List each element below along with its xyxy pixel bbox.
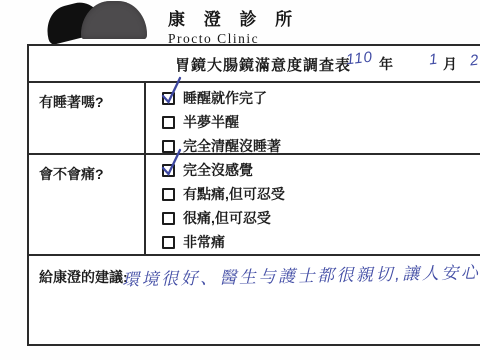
option-label: 有點痛,但可忍受 [183,184,285,204]
question-row-sleep: 有睡著嗎? 睡醒就作完了 半夢半醒 完全清醒沒睡著 [29,83,480,155]
option-row: 有點痛,但可忍受 [162,182,480,206]
question-row-pain: 會不會痛? 完全沒感覺 有點痛,但可忍受 很痛,但可忍受 [29,155,480,256]
checkbox-icon [162,212,175,225]
clinic-logo [40,0,155,42]
question-options-pain: 完全沒感覺 有點痛,但可忍受 很痛,但可忍受 非常痛 [146,155,480,254]
option-row: 非常痛 [162,230,480,254]
handwritten-month-value: 1 [428,51,439,69]
clinic-name-chinese: 康 澄 診 所 [168,5,299,30]
title-row: 胃鏡大腸鏡滿意度調查表 110 年 1 月 2 [29,46,480,83]
option-label: 完全清醒沒睡著 [183,136,281,156]
suggestion-row: 給康澄的建議: 環境很好、醫生与護士都很親切,讓人安心 [29,256,480,342]
question-label-sleep: 有睡著嗎? [29,83,146,153]
option-label: 非常痛 [183,232,225,252]
survey-table: 胃鏡大腸鏡滿意度調查表 110 年 1 月 2 有睡著嗎? 睡醒就作完了 [27,44,480,346]
option-label: 睡醒就作完了 [183,88,267,108]
handwritten-year-value: 110 [345,49,374,69]
form-title: 胃鏡大腸鏡滿意度調查表 [175,54,351,75]
checkbox-icon [162,236,175,249]
checkbox-icon [162,92,175,105]
clinic-name-block: 康 澄 診 所 Procto Clinic [168,5,299,47]
option-label: 半夢半醒 [183,112,239,132]
checkmark-icon [160,76,184,105]
option-label: 很痛,但可忍受 [183,208,271,228]
option-row: 睡醒就作完了 [162,86,480,110]
option-row: 半夢半醒 [162,110,480,134]
handwritten-suggestion: 環境很好、醫生与護士都很親切,讓人安心 [122,257,480,291]
checkbox-icon [162,188,175,201]
checkbox-icon [162,164,175,177]
question-options-sleep: 睡醒就作完了 半夢半醒 完全清醒沒睡著 [146,83,480,153]
year-label: 年 [379,54,393,74]
suggestion-label: 給康澄的建議: [39,267,128,287]
checkmark-icon [160,148,184,177]
checkbox-icon [162,116,175,129]
question-label-pain: 會不會痛? [29,155,146,254]
month-label: 月 [443,54,457,74]
option-row: 完全沒感覺 [162,158,480,182]
clinic-header: 康 澄 診 所 Procto Clinic [0,0,480,44]
scanned-survey-form: 康 澄 診 所 Procto Clinic 胃鏡大腸鏡滿意度調查表 110 年 … [0,0,480,360]
handwritten-day-value: 2 [469,52,480,70]
option-label: 完全沒感覺 [183,160,253,180]
option-row: 很痛,但可忍受 [162,206,480,230]
